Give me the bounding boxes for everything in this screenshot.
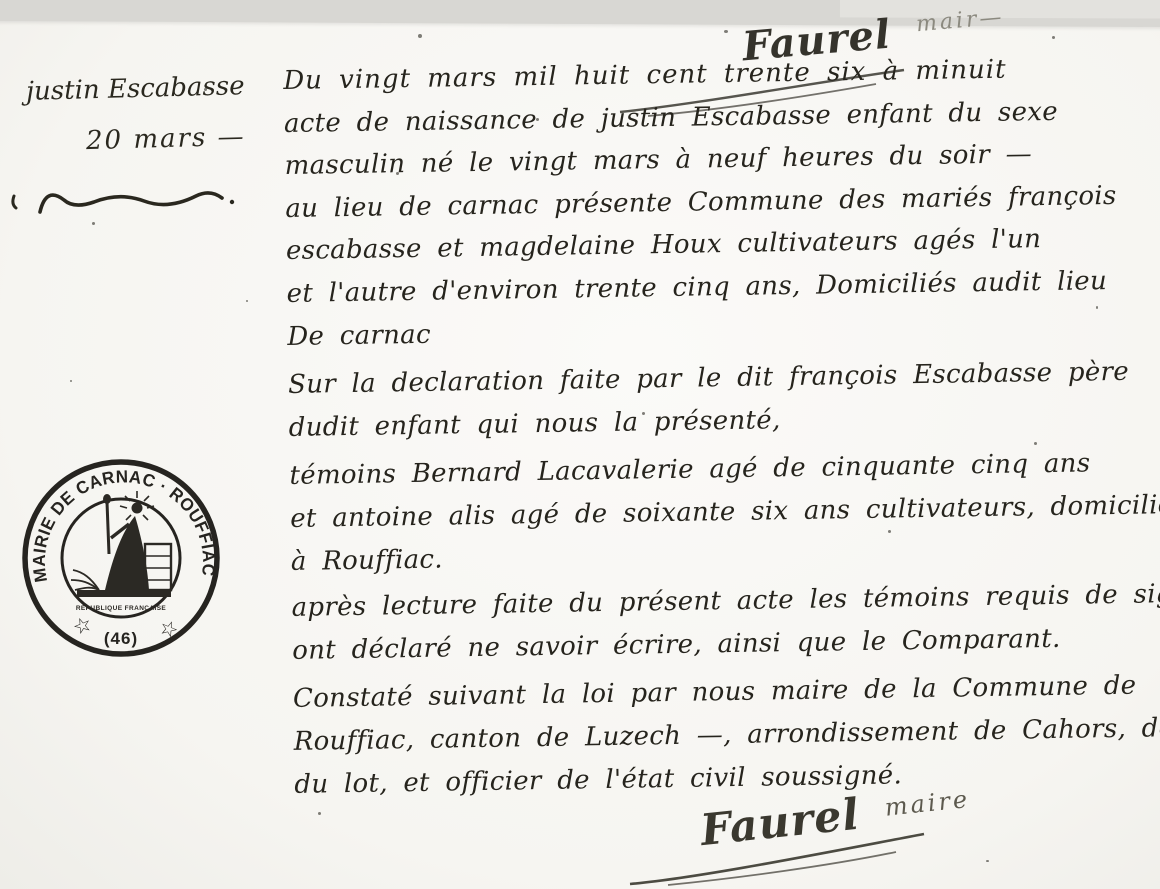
- ink-speck: [1034, 442, 1037, 445]
- ink-speck: [724, 30, 728, 33]
- scanned-document-page: justin Escabasse 20 mars — Faurelmair— D…: [0, 0, 1160, 889]
- ink-speck: [1096, 306, 1098, 309]
- margin-flourish-squiggle: [6, 172, 241, 227]
- ink-speck: [396, 172, 399, 175]
- stamp-marianne-figure: [71, 491, 171, 597]
- ink-speck: [888, 530, 891, 533]
- ink-speck: [204, 88, 207, 91]
- ink-speck: [642, 412, 645, 415]
- ink-speck: [986, 860, 989, 862]
- ink-speck: [70, 380, 72, 382]
- stamp-banner-text: REPUBLIQUE FRANÇAISE: [76, 605, 167, 612]
- ink-speck: [1052, 36, 1055, 39]
- margin-date-note: 20 mars —: [86, 122, 246, 156]
- bottom-signature-note: maire: [884, 785, 972, 822]
- act-body-text: Du vingt mars mil huit cent trente six à…: [283, 46, 1160, 806]
- stamp-department-number: (46): [104, 629, 138, 648]
- ink-speck: [246, 300, 248, 302]
- ink-speck: [536, 118, 539, 121]
- margin-child-name: justin Escabasse: [26, 71, 245, 107]
- ink-speck: [92, 222, 95, 225]
- stamp-right-star: ☆: [156, 615, 182, 643]
- stamp-left-star: ☆: [70, 612, 96, 640]
- top-signature-note: mair—: [915, 5, 1005, 38]
- mairie-round-stamp: MAIRIE DE CARNAC · ROUFFIAC ☆ ☆ (46): [18, 455, 224, 661]
- ink-speck: [318, 812, 321, 815]
- bottom-signature-name: Faurel: [698, 790, 862, 856]
- ink-speck: [418, 34, 422, 38]
